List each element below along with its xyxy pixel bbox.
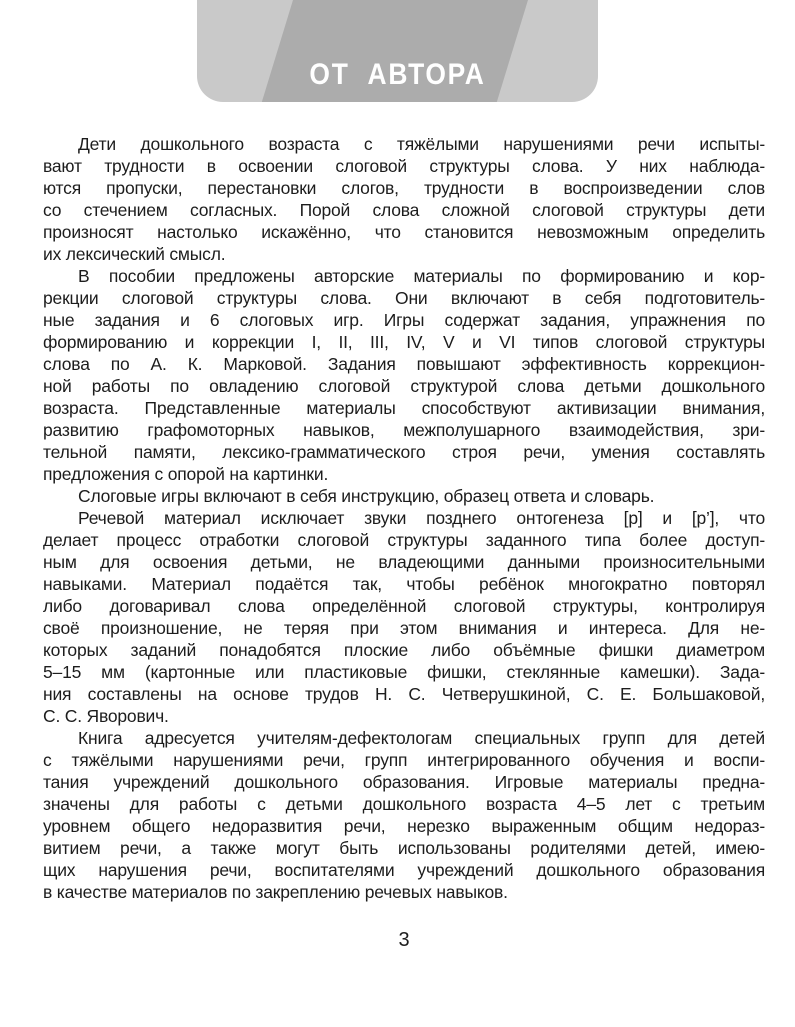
text-line: возраста. Представленные материалы спосо…	[43, 397, 765, 419]
text-line: ния составлены на основе трудов Н. С. Че…	[43, 683, 765, 705]
text-line: Речевой материал исключает звуки позднег…	[43, 507, 765, 529]
text-line: формированию и коррекции I, II, III, IV,…	[43, 331, 765, 353]
text-line: уровнем общего недоразвития речи, нерезк…	[43, 815, 765, 837]
text-line: со стечением согласных. Порой слова слож…	[43, 199, 765, 221]
text-line: вают трудности в освоении слоговой струк…	[43, 155, 765, 177]
text-line: ным для освоения детьми, не владеющими д…	[43, 551, 765, 573]
text-line: витием речи, а также могут быть использо…	[43, 837, 765, 859]
text-line: навыками. Материал подаётся так, чтобы р…	[43, 573, 765, 595]
text-line: ные задания и 6 слоговых игр. Игры содер…	[43, 309, 765, 331]
text-line: в качестве материалов по закреплению реч…	[43, 881, 765, 903]
text-line: их лексический смысл.	[43, 243, 765, 265]
text-line: В пособии предложены авторские материалы…	[43, 265, 765, 287]
text-line: рекции слоговой структуры слова. Они вкл…	[43, 287, 765, 309]
text-line: развитию графомоторных навыков, межполуш…	[43, 419, 765, 441]
text-line: 5–15 мм (картонные или пластиковые фишки…	[43, 661, 765, 683]
text-line: щих нарушения речи, воспитателями учрежд…	[43, 859, 765, 881]
text-line: тельной памяти, лексико-грамматического …	[43, 441, 765, 463]
text-line: слова по А. К. Марковой. Задания повышаю…	[43, 353, 765, 375]
text-line: ной работы по овладению слоговой структу…	[43, 375, 765, 397]
paragraph: Речевой материал исключает звуки позднег…	[43, 507, 765, 727]
paragraph: Слоговые игры включают в себя инструкцию…	[43, 485, 765, 507]
chapter-banner: ОТ АВТОРА	[197, 0, 598, 102]
text-line: с тяжёлыми нарушениями речи, групп интег…	[43, 749, 765, 771]
text-line: которых заданий понадобятся плоские либо…	[43, 639, 765, 661]
text-line: С. С. Яворович.	[43, 705, 765, 727]
text-line: ются пропуски, перестановки слогов, труд…	[43, 177, 765, 199]
paragraph: В пособии предложены авторские материалы…	[43, 265, 765, 485]
text-line: делает процесс отработки слоговой структ…	[43, 529, 765, 551]
paragraph: Дети дошкольного возраста с тяжёлыми нар…	[43, 133, 765, 265]
text-line: своё произношение, не теряя при этом вни…	[43, 617, 765, 639]
page-number: 3	[43, 928, 765, 952]
text-line: предложения с опорой на картинки.	[43, 463, 765, 485]
book-page: ОТ АВТОРА Дети дошкольного возраста с тя…	[0, 0, 795, 1027]
text-line: Слоговые игры включают в себя инструкцию…	[43, 485, 765, 507]
text-line: значены для работы с детьми дошкольного …	[43, 793, 765, 815]
text-line: Книга адресуется учителям-дефектологам с…	[43, 727, 765, 749]
text-block: Дети дошкольного возраста с тяжёлыми нар…	[43, 133, 765, 903]
text-line: Дети дошкольного возраста с тяжёлыми нар…	[43, 133, 765, 155]
text-line: либо договаривал слова определённой слог…	[43, 595, 765, 617]
text-line: произносят настолько искажённо, что стан…	[43, 221, 765, 243]
paragraph: Книга адресуется учителям-дефектологам с…	[43, 727, 765, 903]
text-line: тания учреждений дошкольного образования…	[43, 771, 765, 793]
chapter-title: ОТ АВТОРА	[221, 0, 574, 102]
